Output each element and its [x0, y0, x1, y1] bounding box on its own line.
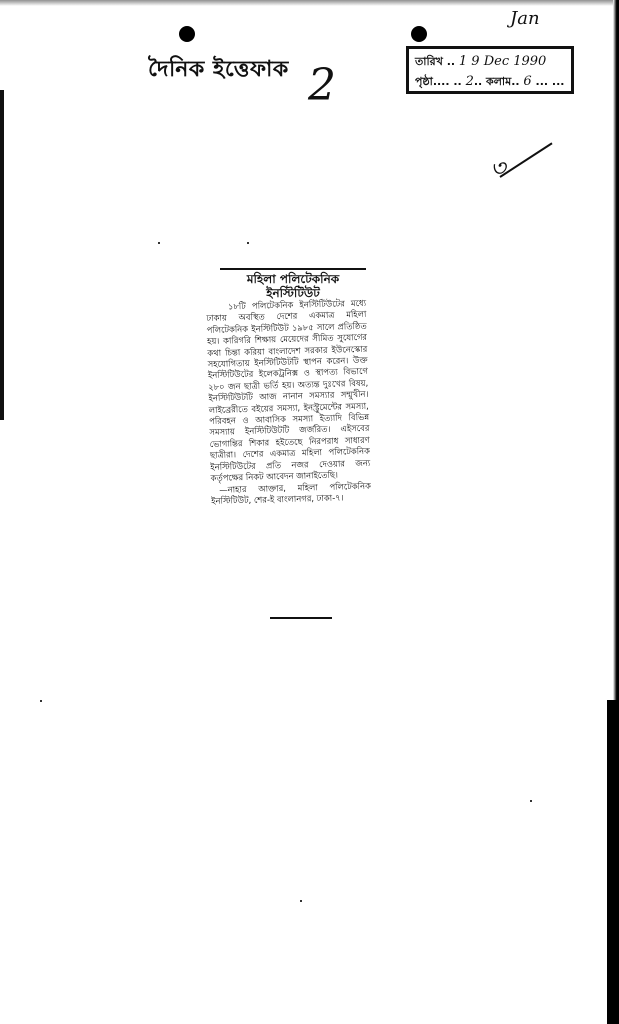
newspaper-clipping: মহিলা পলিটেকনিক ইনস্টিটিউট ১৮টি পলিটেকনি… [206, 268, 366, 620]
scan-speck [530, 800, 532, 802]
clipping-title-line1: মহিলা পলিটেকনিক [220, 272, 366, 286]
clipping-title: মহিলা পলিটেকনিক ইনস্টিটিউট [220, 268, 366, 300]
stamp-date-row: তারিখ .. 1 9 Dec 1990 [415, 52, 565, 72]
archive-stamp: তারিখ .. 1 9 Dec 1990 পৃষ্ঠা.... .. 2.. … [406, 46, 574, 94]
clipping-signature: —নাহার আক্তার, মহিলা পলিটেকনিক ইনস্টিটিউ… [211, 480, 372, 507]
clipping-paragraph: ১৮টি পলিটেকনিক ইনস্টিটিউটের মধ্যে ঢাকায়… [206, 298, 371, 485]
scan-speck [300, 900, 302, 902]
stamp-page-label: পৃষ্ঠা [415, 75, 433, 88]
handwritten-initials: Jan [510, 8, 540, 29]
stamp-page-value: 2 [466, 74, 474, 89]
scan-edge-left [0, 90, 4, 420]
stamp-date-value: 1 9 Dec 1990 [459, 54, 546, 69]
newspaper-name: দৈনিক ইত্তেফাক [148, 52, 289, 89]
stamp-date-label: তারিখ [415, 55, 443, 68]
scan-speck [247, 242, 249, 244]
clipping-end-rule [270, 617, 332, 619]
clipping-body: ১৮টি পলিটেকনিক ইনস্টিটিউটের মধ্যে ঢাকায়… [206, 298, 371, 507]
stamp-column-value: 6 [523, 74, 531, 89]
scan-edge-right-shadow [607, 700, 619, 1024]
punch-hole-right [411, 26, 427, 42]
handwritten-mark: ৩ [490, 150, 506, 190]
scan-speck [158, 242, 160, 244]
scan-speck [40, 700, 42, 702]
handwritten-page-number: 2 [308, 60, 336, 111]
punch-hole-left [179, 26, 195, 42]
stamp-page-row: পৃষ্ঠা.... .. 2.. কলাম.. 6 ... ... [415, 72, 565, 92]
scan-edge-top [0, 0, 619, 6]
stamp-column-label: কলাম [486, 75, 511, 88]
handwritten-slash [499, 142, 552, 177]
